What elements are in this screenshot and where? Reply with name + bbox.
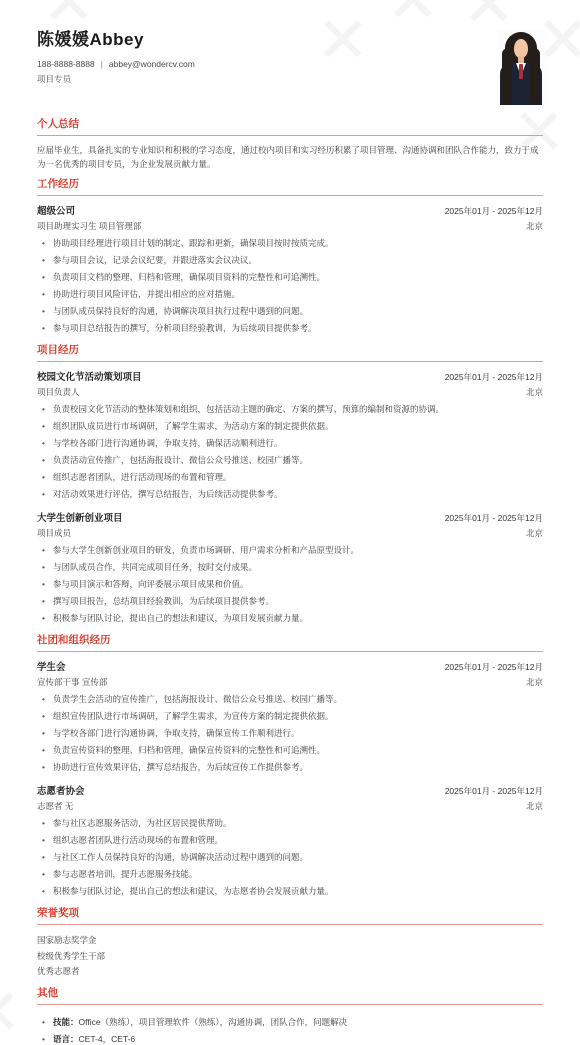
- bullet-item: 参与项目演示和答辩，向评委展示项目成果和价值。: [37, 576, 543, 593]
- section-personal-summary: 个人总结 应届毕业生，具备扎实的专业知识和积极的学习态度，通过校内项目和实习经历…: [37, 117, 543, 171]
- section-title: 项目经历: [37, 343, 543, 362]
- project-entry: 校园文化节活动策划项目 2025年01月 - 2025年12月 项目负责人 北京…: [37, 370, 543, 503]
- location: 北京: [526, 799, 543, 814]
- bullet-item: 对活动效果进行评估，撰写总结报告，为后续活动提供参考。: [37, 486, 543, 503]
- bullet-item: 负责学生会活动的宣传推广，包括海报设计、微信公众号推送、校园广播等。: [37, 691, 543, 708]
- target-job-title: 项目专员: [37, 74, 543, 84]
- role-name: 项目助理实习生 项目管理部: [37, 219, 141, 234]
- location: 北京: [526, 219, 543, 234]
- section-other: 其他 技能：Office（熟练），项目管理软件（熟练），沟通协调，团队合作，问题…: [37, 986, 543, 1045]
- bullet-item: 协助进行项目风险评估，并提出相应的应对措施。: [37, 286, 543, 303]
- organization-entry: 学生会 2025年01月 - 2025年12月 宣传部干事 宣传部 北京 负责学…: [37, 660, 543, 776]
- bullet-item: 与团队成员合作，共同完成项目任务，按时交付成果。: [37, 559, 543, 576]
- bullet-item: 与学校各部门进行沟通协调，争取支持，确保宣传工作顺利进行。: [37, 725, 543, 742]
- project-name: 校园文化节活动策划项目: [37, 370, 142, 385]
- skill-item: 技能：Office（熟练），项目管理软件（熟练），沟通协调，团队合作，问题解决: [37, 1014, 543, 1031]
- contact-line: 188-8888-8888|abbey@wondercv.com: [37, 59, 543, 69]
- resume-page: ✕ ✕ ✕ ✕ ✕ ✕ ✕ 陈媛媛Abbey 188-8888-8888|abb…: [0, 0, 580, 1045]
- resume-header: 陈媛媛Abbey 188-8888-8888|abbey@wondercv.co…: [37, 30, 543, 84]
- location: 北京: [526, 526, 543, 541]
- photo-hair-shape: [502, 48, 512, 105]
- bullet-item: 组织团队成员进行市场调研，了解学生需求，为活动方案的制定提供依据。: [37, 418, 543, 435]
- phone-number: 188-8888-8888: [37, 59, 95, 69]
- other-list: 技能：Office（熟练），项目管理软件（熟练），沟通协调，团队合作，问题解决 …: [37, 1014, 543, 1045]
- bullet-item: 参与社区志愿服务活动，为社区居民提供帮助。: [37, 815, 543, 832]
- organization-bullet-list: 负责学生会活动的宣传推广，包括海报设计、微信公众号推送、校园广播等。 组织宣传团…: [37, 691, 543, 776]
- company-name: 超级公司: [37, 204, 75, 219]
- bullet-item: 参与项目总结报告的撰写，分析项目经验教训，为后续项目提供参考。: [37, 320, 543, 337]
- role-name: 宣传部干事 宣传部: [37, 675, 107, 690]
- language-item: 语言：CET-4，CET-6: [37, 1031, 543, 1045]
- bullet-item: 参与志愿者培训，提升志愿服务技能。: [37, 866, 543, 883]
- organization-entry: 志愿者协会 2025年01月 - 2025年12月 志愿者 无 北京 参与社区志…: [37, 784, 543, 900]
- skill-text: Office（熟练），项目管理软件（熟练），沟通协调，团队合作，问题解决: [79, 1017, 348, 1027]
- work-entry: 超级公司 2025年01月 - 2025年12月 项目助理实习生 项目管理部 北…: [37, 204, 543, 337]
- section-work-experience: 工作经历 超级公司 2025年01月 - 2025年12月 项目助理实习生 项目…: [37, 177, 543, 337]
- work-bullet-list: 协助项目经理进行项目计划的制定、跟踪和更新，确保项目按时按质完成。 参与项目会议…: [37, 235, 543, 337]
- section-title: 其他: [37, 986, 543, 1005]
- project-entry: 大学生创新创业项目 2025年01月 - 2025年12月 项目成员 北京 参与…: [37, 511, 543, 627]
- honor-item: 校级优秀学生干部: [37, 949, 543, 965]
- bullet-item: 与团队成员保持良好的沟通，协调解决项目执行过程中遇到的问题。: [37, 303, 543, 320]
- bullet-item: 参与项目会议，记录会议纪要，并跟进落实会议决议。: [37, 252, 543, 269]
- bullet-item: 协助项目经理进行项目计划的制定、跟踪和更新，确保项目按时按质完成。: [37, 235, 543, 252]
- bullet-item: 组织宣传团队进行市场调研，了解学生需求，为宣传方案的制定提供依据。: [37, 708, 543, 725]
- bullet-item: 组织志愿者团队，进行活动现场的布置和管理。: [37, 469, 543, 486]
- bullet-item: 与社区工作人员保持良好的沟通，协调解决活动过程中遇到的问题。: [37, 849, 543, 866]
- bullet-item: 积极参与团队讨论，提出自己的想法和建议，为项目发展贡献力量。: [37, 610, 543, 627]
- role-name: 项目负责人: [37, 385, 80, 400]
- date-range: 2025年01月 - 2025年12月: [445, 511, 543, 526]
- photo-tie-shape: [519, 64, 523, 79]
- section-honors: 荣誉奖项 国家励志奖学金 校级优秀学生干部 优秀志愿者: [37, 906, 543, 980]
- bullet-item: 组织志愿者团队进行活动现场的布置和管理。: [37, 832, 543, 849]
- x-watermark-icon: ✕: [0, 980, 22, 1044]
- bullet-item: 撰写项目报告，总结项目经验教训，为后续项目提供参考。: [37, 593, 543, 610]
- project-name: 大学生创新创业项目: [37, 511, 123, 526]
- section-title: 社团和组织经历: [37, 633, 543, 652]
- project-bullet-list: 参与大学生创新创业项目的研发，负责市场调研、用户需求分析和产品原型设计。 与团队…: [37, 542, 543, 627]
- organization-name: 志愿者协会: [37, 784, 85, 799]
- location: 北京: [526, 385, 543, 400]
- profile-photo: [497, 30, 545, 105]
- bullet-item: 积极参与团队讨论，提出自己的想法和建议，为志愿者协会发展贡献力量。: [37, 883, 543, 900]
- bullet-item: 负责项目文档的整理、归档和管理，确保项目资料的完整性和可追溯性。: [37, 269, 543, 286]
- bullet-item: 协助进行宣传效果评估，撰写总结报告，为后续宣传工作提供参考。: [37, 759, 543, 776]
- date-range: 2025年01月 - 2025年12月: [445, 370, 543, 385]
- date-range: 2025年01月 - 2025年12月: [445, 204, 543, 219]
- honors-list: 国家励志奖学金 校级优秀学生干部 优秀志愿者: [37, 933, 543, 980]
- section-title: 工作经历: [37, 177, 543, 196]
- bullet-item: 参与大学生创新创业项目的研发，负责市场调研、用户需求分析和产品原型设计。: [37, 542, 543, 559]
- skill-label: 技能：: [53, 1017, 79, 1027]
- date-range: 2025年01月 - 2025年12月: [445, 660, 543, 675]
- bullet-item: 与学校各部门进行沟通协调，争取支持，确保活动顺利进行。: [37, 435, 543, 452]
- honor-item: 优秀志愿者: [37, 964, 543, 980]
- section-title: 个人总结: [37, 117, 543, 136]
- bullet-item: 负责宣传资料的整理、归档和管理，确保宣传资料的完整性和可追溯性。: [37, 742, 543, 759]
- honor-item: 国家励志奖学金: [37, 933, 543, 949]
- language-text: CET-4，CET-6: [79, 1034, 136, 1044]
- photo-hair-shape: [530, 48, 540, 105]
- contact-separator: |: [101, 59, 103, 69]
- role-name: 志愿者 无: [37, 799, 73, 814]
- role-name: 项目成员: [37, 526, 71, 541]
- section-organizations: 社团和组织经历 学生会 2025年01月 - 2025年12月 宣传部干事 宣传…: [37, 633, 543, 900]
- candidate-name: 陈媛媛Abbey: [37, 30, 543, 50]
- language-label: 语言：: [53, 1034, 79, 1044]
- email-address: abbey@wondercv.com: [109, 59, 195, 69]
- organization-bullet-list: 参与社区志愿服务活动，为社区居民提供帮助。 组织志愿者团队进行活动现场的布置和管…: [37, 815, 543, 900]
- location: 北京: [526, 675, 543, 690]
- summary-text: 应届毕业生，具备扎实的专业知识和积极的学习态度，通过校内项目和实习经历积累了项目…: [37, 144, 543, 171]
- bullet-item: 负责校园文化节活动的整体策划和组织，包括活动主题的确定、方案的撰写、预算的编制和…: [37, 401, 543, 418]
- project-bullet-list: 负责校园文化节活动的整体策划和组织，包括活动主题的确定、方案的撰写、预算的编制和…: [37, 401, 543, 503]
- date-range: 2025年01月 - 2025年12月: [445, 784, 543, 799]
- organization-name: 学生会: [37, 660, 66, 675]
- section-title: 荣誉奖项: [37, 906, 543, 925]
- section-project-experience: 项目经历 校园文化节活动策划项目 2025年01月 - 2025年12月 项目负…: [37, 343, 543, 627]
- bullet-item: 负责活动宣传推广，包括海报设计、微信公众号推送、校园广播等。: [37, 452, 543, 469]
